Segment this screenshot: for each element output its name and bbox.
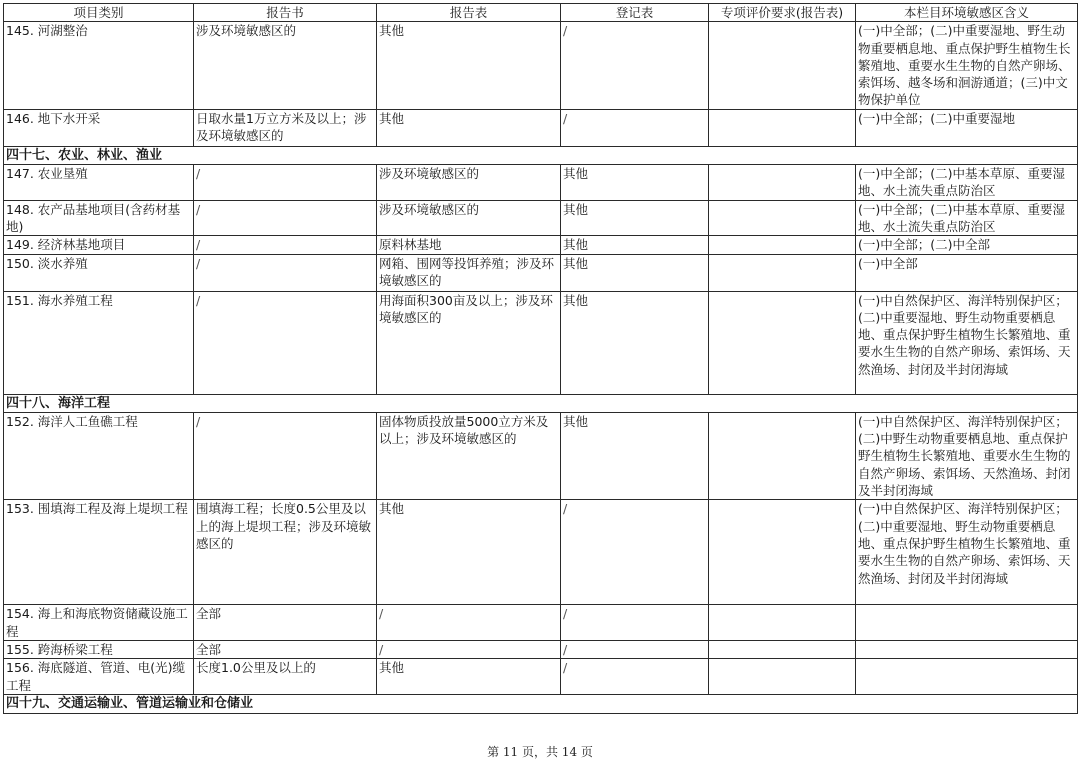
cell-special-evaluation: [709, 22, 856, 109]
cell-sensitive-area-meaning: (一)中全部；(二)中全部: [856, 236, 1078, 254]
cell-special-evaluation: [709, 500, 856, 605]
cell-special-evaluation: [709, 200, 856, 236]
table-header-row: 项目类别 报告书 报告表 登记表 专项评价要求(报告表) 本栏目环境敏感区含义: [4, 4, 1078, 22]
cell-report-book: /: [194, 200, 377, 236]
cell-report-book: 全部: [194, 640, 377, 658]
cell-project-category: 145. 河湖整治: [4, 22, 194, 109]
header-project-category: 项目类别: [4, 4, 194, 22]
cell-report-form: 其他: [377, 109, 561, 146]
cell-registration-form: 其他: [561, 165, 709, 201]
cell-sensitive-area-meaning: (一)中自然保护区、海洋特别保护区；(二)中野生动物重要栖息地、重点保护野生植物…: [856, 412, 1078, 499]
table-row: 149. 经济林基地项目/原料林基地其他(一)中全部；(二)中全部: [4, 236, 1078, 254]
cell-project-category: 153. 围填海工程及海上堤坝工程: [4, 500, 194, 605]
cell-special-evaluation: [709, 254, 856, 291]
cell-registration-form: 其他: [561, 254, 709, 291]
cell-sensitive-area-meaning: [856, 659, 1078, 695]
cell-registration-form: 其他: [561, 200, 709, 236]
cell-sensitive-area-meaning: (一)中全部；(二)中基本草原、重要湿地、水土流失重点防治区: [856, 200, 1078, 236]
cell-report-book: /: [194, 412, 377, 499]
cell-report-form: 网箱、围网等投饵养殖；涉及环境敏感区的: [377, 254, 561, 291]
cell-project-category: 151. 海水养殖工程: [4, 291, 194, 394]
cell-special-evaluation: [709, 165, 856, 201]
cell-project-category: 146. 地下水开采: [4, 109, 194, 146]
cell-report-book: /: [194, 236, 377, 254]
table-row: 152. 海洋人工鱼礁工程/固体物质投放量5000立方米及以上；涉及环境敏感区的…: [4, 412, 1078, 499]
cell-report-book: /: [194, 165, 377, 201]
header-report-form: 报告表: [377, 4, 561, 22]
cell-special-evaluation: [709, 412, 856, 499]
section-header-row: 四十九、交通运输业、管道运输业和仓储业: [4, 695, 1078, 714]
table-row: 156. 海底隧道、管道、电(光)缆工程长度1.0公里及以上的其他/: [4, 659, 1078, 695]
cell-registration-form: /: [561, 640, 709, 658]
cell-registration-form: /: [561, 500, 709, 605]
cell-report-book: 涉及环境敏感区的: [194, 22, 377, 109]
cell-sensitive-area-meaning: (一)中全部；(二)中基本草原、重要湿地、水土流失重点防治区: [856, 165, 1078, 201]
cell-sensitive-area-meaning: (一)中全部；(二)中重要湿地: [856, 109, 1078, 146]
section-title: 四十八、海洋工程: [4, 394, 1078, 412]
eia-classification-table: 项目类别 报告书 报告表 登记表 专项评价要求(报告表) 本栏目环境敏感区含义 …: [3, 3, 1078, 714]
header-registration-form: 登记表: [561, 4, 709, 22]
cell-report-book: /: [194, 291, 377, 394]
cell-project-category: 152. 海洋人工鱼礁工程: [4, 412, 194, 499]
cell-special-evaluation: [709, 659, 856, 695]
cell-sensitive-area-meaning: [856, 640, 1078, 658]
cell-report-form: 用海面积300亩及以上；涉及环境敏感区的: [377, 291, 561, 394]
cell-report-form: 其他: [377, 500, 561, 605]
table-row: 151. 海水养殖工程/用海面积300亩及以上；涉及环境敏感区的其他(一)中自然…: [4, 291, 1078, 394]
cell-report-form: 涉及环境敏感区的: [377, 200, 561, 236]
cell-report-form: /: [377, 605, 561, 641]
cell-report-form: 固体物质投放量5000立方米及以上；涉及环境敏感区的: [377, 412, 561, 499]
cell-registration-form: 其他: [561, 291, 709, 394]
section-header-row: 四十八、海洋工程: [4, 394, 1078, 412]
cell-report-book: 围填海工程；长度0.5公里及以上的海上堤坝工程；涉及环境敏感区的: [194, 500, 377, 605]
header-report-book: 报告书: [194, 4, 377, 22]
cell-project-category: 150. 淡水养殖: [4, 254, 194, 291]
table-row: 150. 淡水养殖/网箱、围网等投饵养殖；涉及环境敏感区的其他(一)中全部: [4, 254, 1078, 291]
table-row: 146. 地下水开采日取水量1万立方米及以上；涉及环境敏感区的其他/(一)中全部…: [4, 109, 1078, 146]
cell-special-evaluation: [709, 640, 856, 658]
cell-sensitive-area-meaning: (一)中全部: [856, 254, 1078, 291]
cell-registration-form: /: [561, 22, 709, 109]
cell-report-book: 全部: [194, 605, 377, 641]
cell-report-form: 其他: [377, 659, 561, 695]
cell-special-evaluation: [709, 605, 856, 641]
cell-project-category: 149. 经济林基地项目: [4, 236, 194, 254]
cell-sensitive-area-meaning: (一)中自然保护区、海洋特别保护区；(二)中重要湿地、野生动物重要栖息地、重点保…: [856, 291, 1078, 394]
cell-registration-form: 其他: [561, 412, 709, 499]
cell-report-book: 日取水量1万立方米及以上；涉及环境敏感区的: [194, 109, 377, 146]
table-row: 148. 农产品基地项目(含药材基地)/涉及环境敏感区的其他(一)中全部；(二)…: [4, 200, 1078, 236]
section-title: 四十七、农业、林业、渔业: [4, 146, 1078, 164]
cell-report-form: /: [377, 640, 561, 658]
cell-registration-form: /: [561, 605, 709, 641]
cell-report-form: 原料林基地: [377, 236, 561, 254]
cell-registration-form: 其他: [561, 236, 709, 254]
cell-report-form: 其他: [377, 22, 561, 109]
section-title: 四十九、交通运输业、管道运输业和仓储业: [4, 695, 1078, 714]
cell-project-category: 156. 海底隧道、管道、电(光)缆工程: [4, 659, 194, 695]
cell-project-category: 155. 跨海桥梁工程: [4, 640, 194, 658]
cell-report-book: /: [194, 254, 377, 291]
table-body: 145. 河湖整治涉及环境敏感区的其他/(一)中全部；(二)中重要湿地、野生动物…: [4, 22, 1078, 714]
header-sensitive-area-meaning: 本栏目环境敏感区含义: [856, 4, 1078, 22]
cell-special-evaluation: [709, 236, 856, 254]
cell-project-category: 154. 海上和海底物资储藏设施工程: [4, 605, 194, 641]
cell-project-category: 148. 农产品基地项目(含药材基地): [4, 200, 194, 236]
table-row: 153. 围填海工程及海上堤坝工程围填海工程；长度0.5公里及以上的海上堤坝工程…: [4, 500, 1078, 605]
cell-registration-form: /: [561, 109, 709, 146]
cell-sensitive-area-meaning: (一)中全部；(二)中重要湿地、野生动物重要栖息地、重点保护野生植物生长繁殖地、…: [856, 22, 1078, 109]
header-special-evaluation: 专项评价要求(报告表): [709, 4, 856, 22]
table-row: 147. 农业垦殖/涉及环境敏感区的其他(一)中全部；(二)中基本草原、重要湿地…: [4, 165, 1078, 201]
cell-report-form: 涉及环境敏感区的: [377, 165, 561, 201]
table-row: 155. 跨海桥梁工程全部//: [4, 640, 1078, 658]
cell-special-evaluation: [709, 109, 856, 146]
table-row: 145. 河湖整治涉及环境敏感区的其他/(一)中全部；(二)中重要湿地、野生动物…: [4, 22, 1078, 109]
cell-report-book: 长度1.0公里及以上的: [194, 659, 377, 695]
cell-project-category: 147. 农业垦殖: [4, 165, 194, 201]
page-number: 第 11 页，共 14 页: [0, 743, 1080, 760]
section-header-row: 四十七、农业、林业、渔业: [4, 146, 1078, 164]
cell-special-evaluation: [709, 291, 856, 394]
cell-registration-form: /: [561, 659, 709, 695]
cell-sensitive-area-meaning: [856, 605, 1078, 641]
table-row: 154. 海上和海底物资储藏设施工程全部//: [4, 605, 1078, 641]
cell-sensitive-area-meaning: (一)中自然保护区、海洋特别保护区；(二)中重要湿地、野生动物重要栖息地、重点保…: [856, 500, 1078, 605]
